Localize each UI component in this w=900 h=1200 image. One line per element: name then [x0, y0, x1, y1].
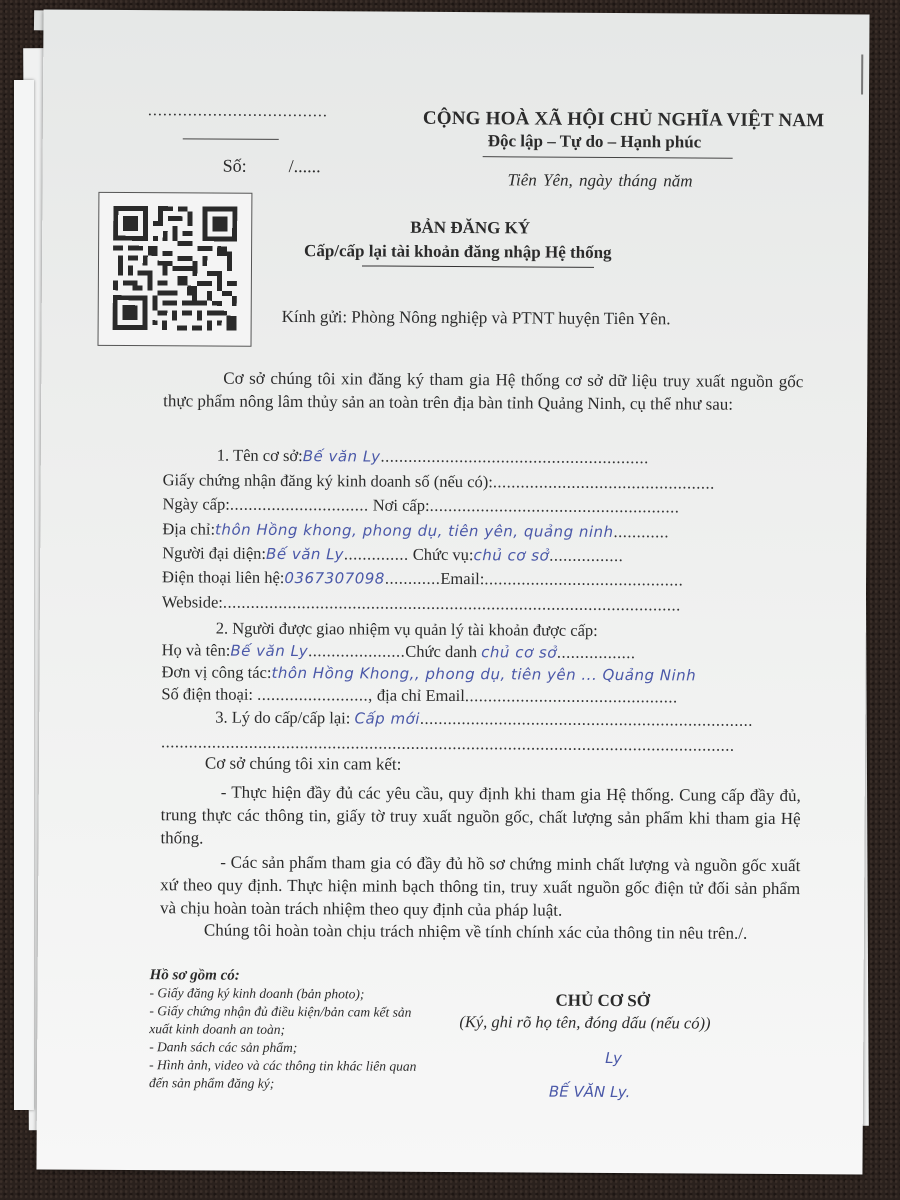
document-number-label: Số:	[223, 156, 247, 176]
back-sheet-left-edge	[14, 80, 34, 1110]
reason-extra-line[interactable]: ........................................…	[161, 732, 735, 756]
workplace-label: Đơn vị công tác:	[161, 662, 271, 682]
registration-form-page: .................................... Số:…	[36, 9, 869, 1174]
document-number-value: /......	[289, 156, 321, 176]
commitment-closing: Chúng tôi hoàn toàn chịu trách nhiệm về …	[204, 920, 748, 943]
page-edge-mark	[861, 54, 863, 94]
commitment-item-1: - Thực hiện đầy đủ các yêu cầu, quy định…	[160, 780, 800, 853]
manager-phone-label: Số điện thoại:	[161, 684, 253, 704]
reason-label: 3. Lý do cấp/cấp lại:	[215, 708, 350, 728]
manager-name-field[interactable]: Họ và tên:Bế văn Ly.....................…	[162, 640, 636, 663]
attachment-item: - Hình ảnh, video và các thông tin khác …	[149, 1056, 419, 1094]
address-value: thôn Hồng khong, phong dụ, tiên yên, quả…	[215, 521, 614, 541]
workplace-field[interactable]: Đơn vị công tác:thôn Hồng Khong,, phong …	[161, 662, 696, 685]
document-number: Số:/......	[223, 156, 321, 178]
qr-code-icon	[97, 192, 252, 347]
facility-name-value: Bế văn Ly	[303, 447, 381, 465]
address-field[interactable]: Địa chỉ:thôn Hồng khong, phong dụ, tiên …	[162, 519, 669, 542]
attachment-item: - Giấy đăng ký kinh doanh (bản photo);	[149, 984, 419, 1004]
representative-label: Người đại diện:	[162, 543, 266, 563]
website-label: Webside:	[162, 592, 223, 611]
representative-field[interactable]: Người đại diện:Bế văn Ly.............. C…	[162, 543, 623, 566]
reason-value: Cấp mới	[354, 709, 420, 727]
form-title: BẢN ĐĂNG KÝ	[410, 218, 530, 239]
position-label: Chức vụ:	[413, 545, 474, 564]
signature-title: CHỦ CƠ SỞ	[555, 991, 650, 1012]
email-label: Email:	[440, 569, 484, 588]
intro-paragraph: Cơ sở chúng tôi xin đăng ký tham gia Hệ …	[163, 366, 803, 416]
manager-phone-field[interactable]: Số điện thoại: ........................,…	[161, 684, 677, 707]
header-underline-left	[183, 138, 279, 140]
form-subtitle: Cấp/cấp lại tài khoản đăng nhập Hệ thống	[304, 241, 612, 263]
signature-mark: Ly	[605, 1049, 622, 1067]
attachments-heading: Hồ sơ gồm có:	[150, 966, 420, 986]
attachments-list: Hồ sơ gồm có: - Giấy đăng ký kinh doanh …	[149, 966, 420, 1094]
national-motto: Độc lập – Tự do – Hạnh phúc	[488, 131, 702, 152]
contact-phone-field[interactable]: Điện thoại liên hệ:0367307098...........…	[162, 567, 683, 590]
position-value: chủ cơ sở	[473, 546, 549, 564]
motto-underline	[483, 156, 733, 159]
workplace-value: thôn Hồng Khong,, phong dụ, tiên yên ...…	[271, 664, 696, 685]
signature-name: BẾ VĂN Ly.	[549, 1083, 630, 1101]
reason-field[interactable]: 3. Lý do cấp/cấp lại: Cấp mới...........…	[215, 708, 753, 731]
issue-date-field[interactable]: Ngày cấp:.............................. …	[162, 494, 679, 517]
contact-phone-value: 0367307098	[284, 569, 385, 588]
section2-heading: 2. Người được giao nhiệm vụ quản lý tài …	[216, 619, 598, 641]
organization-placeholder: ....................................	[148, 102, 328, 121]
place-date: Tiên Yên, ngày tháng năm	[507, 170, 692, 191]
commitment-heading: Cơ sở chúng tôi xin cam kết:	[205, 753, 402, 774]
contact-phone-label: Điện thoại liên hệ:	[162, 567, 284, 587]
attachment-item: - Danh sách các sản phẩm;	[149, 1038, 419, 1058]
facility-name-field[interactable]: 1. Tên cơ sở:Bế văn Ly..................…	[217, 446, 649, 469]
address-label: Địa chỉ:	[162, 519, 215, 538]
recipient: Kính gửi: Phòng Nông nghiệp và PTNT huyệ…	[282, 307, 671, 329]
commitment-item-2: - Các sản phẩm tham gia có đầy đủ hồ sơ …	[160, 850, 800, 923]
manager-name-label: Họ và tên:	[162, 640, 231, 659]
manager-email-label: địa chỉ Email	[377, 686, 465, 706]
facility-name-label: 1. Tên cơ sở:	[217, 446, 303, 466]
manager-title-label: Chức danh	[405, 642, 477, 661]
representative-value: Bế văn Ly	[266, 545, 344, 563]
issue-date-label: Ngày cấp:	[162, 494, 229, 513]
signature-note: (Ký, ghi rõ họ tên, đóng dấu (nếu có))	[459, 1012, 710, 1034]
business-license-field[interactable]: Giấy chứng nhận đăng ký kinh doanh số (n…	[163, 470, 715, 493]
subtitle-underline	[362, 265, 594, 267]
business-license-label: Giấy chứng nhận đăng ký kinh doanh số (n…	[163, 470, 493, 491]
manager-title-value: chủ cơ sở	[481, 643, 557, 661]
manager-name-value: Bế văn Ly	[230, 642, 308, 660]
issue-place-label: Nơi cấp:	[373, 496, 430, 515]
attachment-item: - Giấy chứng nhận đủ điều kiện/bản cam k…	[149, 1002, 419, 1040]
website-field[interactable]: Webside:................................…	[162, 592, 681, 615]
nation-heading: CỘNG HOÀ XÃ HỘI CHỦ NGHĨA VIỆT NAM	[423, 108, 825, 132]
